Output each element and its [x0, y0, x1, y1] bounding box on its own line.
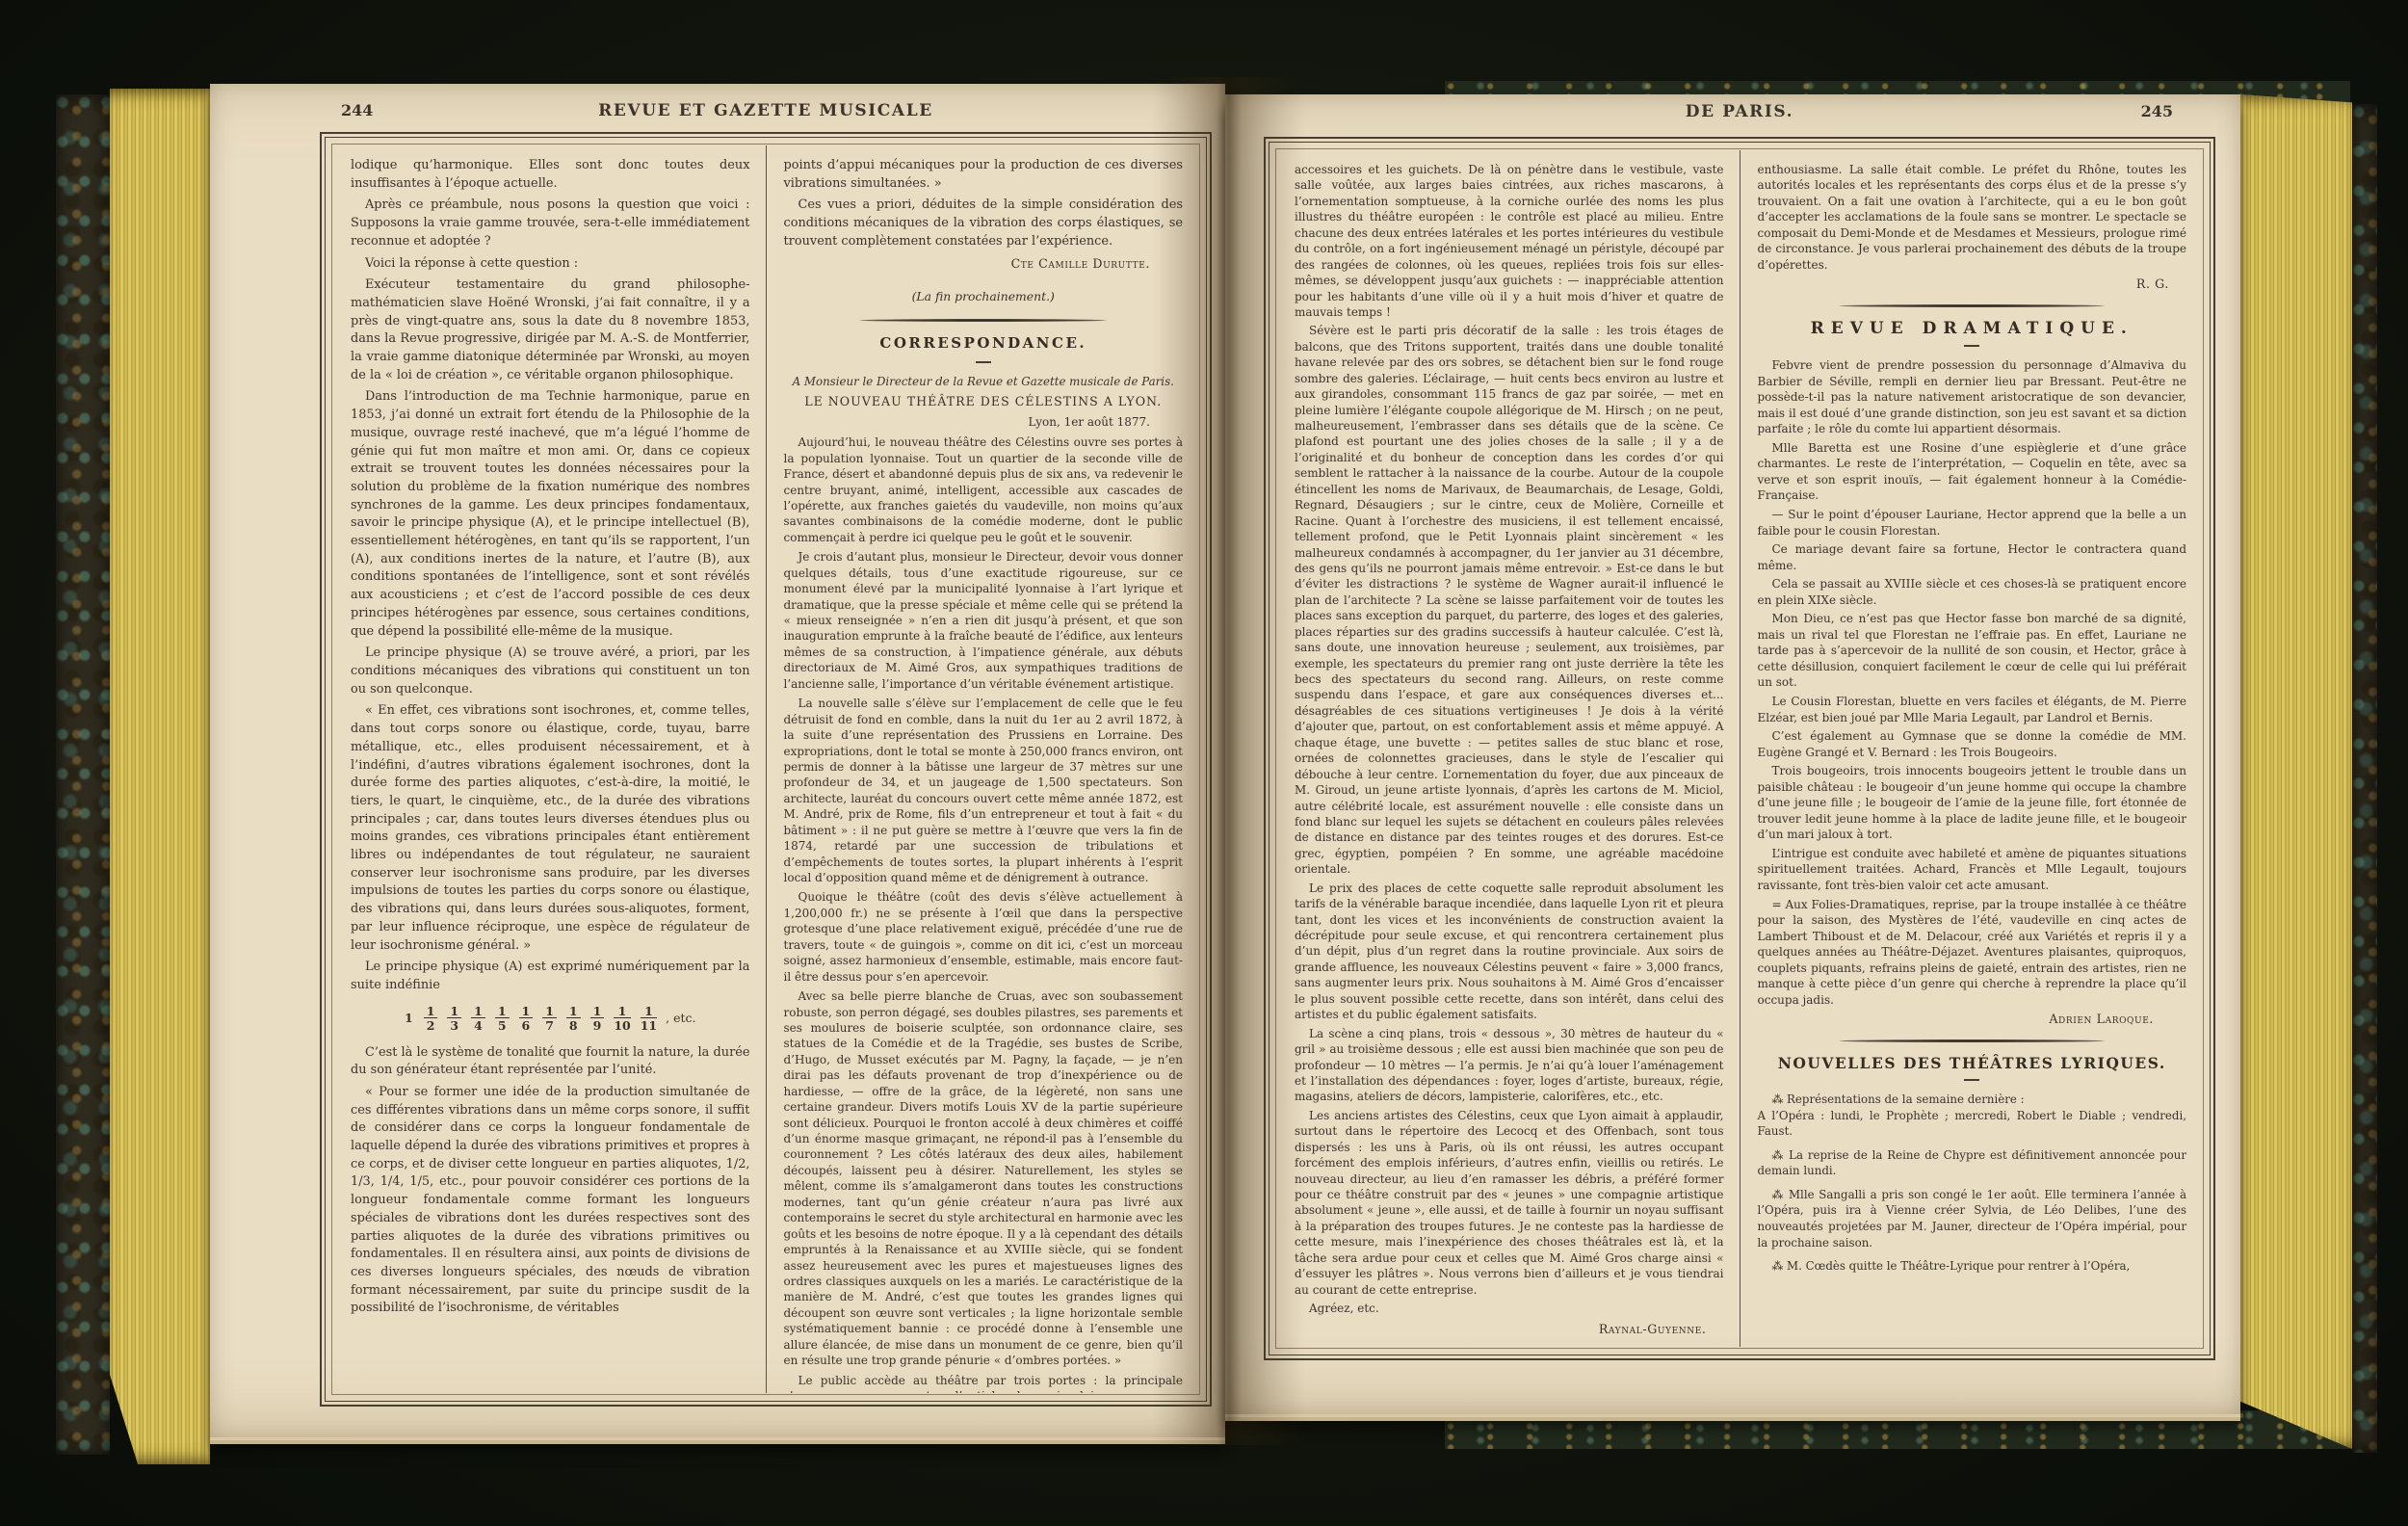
left-page: 244 REVUE ET GAZETTE MUSICALE lodique qu… [210, 84, 1225, 1437]
fraction: 18 [566, 1005, 581, 1033]
left-page-header: 244 REVUE ET GAZETTE MUSICALE [320, 101, 1212, 126]
paragraph: Cela se passait au XVIIIe siècle et ces … [1758, 576, 2187, 608]
heading-dash [976, 361, 991, 363]
fin-note: (La fin prochainement.) [784, 288, 1184, 305]
paragraph: C’est également au Gymnase que se donne … [1758, 728, 2187, 760]
series-leading-term: 1 [405, 1010, 413, 1027]
left-page-frame: lodique qu’harmonique. Elles sont donc t… [320, 132, 1212, 1407]
paragraph: Avec sa belle pierre blanche de Cruas, a… [784, 988, 1184, 1369]
paragraph: Le principe physique (A) se trouve avéré… [351, 645, 750, 698]
paragraph: Ces vues a priori, déduites de la simple… [784, 197, 1184, 250]
article-durutte-part1: lodique qu’harmonique. Elles sont donc t… [351, 157, 750, 995]
paragraph: ⁂ M. Cœdès quitte le Théâtre-Lyrique pou… [1758, 1258, 2187, 1275]
paragraph: Je crois d’autant plus, monsieur le Dire… [784, 549, 1184, 692]
fraction: 19 [590, 1005, 605, 1033]
paragraph: Aujourd’hui, le nouveau théâtre des Céle… [784, 434, 1184, 545]
right-column-1: accessoires et les guichets. De là on pé… [1277, 150, 1740, 1347]
heading-dash [1964, 345, 1979, 347]
fraction: 16 [519, 1005, 534, 1033]
paragraph: — Sur le point d’épouser Lauriane, Hecto… [1758, 507, 2187, 539]
right-page: DE PARIS. 245 accessoires et les guichet… [1225, 94, 2240, 1414]
paragraph: Dans l’introduction de ma Technie harmon… [351, 388, 750, 641]
paragraph: ⁂ Représentations de la semaine dernière… [1758, 1092, 2187, 1140]
left-cover-edge [56, 94, 110, 1455]
paragraph: Exécuteur testamentaire du grand philoso… [351, 276, 750, 384]
signature-rg: R. G. [1758, 276, 2187, 291]
right-column-2: enthousiasme. La salle était comble. Le … [1740, 150, 2203, 1347]
paragraph: ⁂ Mlle Sangalli a pris son congé le 1er … [1758, 1187, 2187, 1250]
signature-laroque: Adrien Laroque. [1758, 1012, 2187, 1026]
board-edge-bottom-right [1445, 1410, 2350, 1449]
right-page-header: DE PARIS. 245 [1264, 102, 2215, 127]
running-title-right: DE PARIS. [1264, 102, 2215, 121]
right-page-frame-inner: accessoires et les guichets. De là on pé… [1275, 148, 2204, 1349]
paragraph: Le prix des places de cette coquette sal… [1295, 881, 1724, 1023]
paragraph: = Aux Folies-Dramatiques, reprise, par l… [1758, 897, 2187, 1009]
letter-subtitle: LE NOUVEAU THÉÂTRE DES CÉLESTINS A LYON. [784, 393, 1184, 410]
fraction: 12 [424, 1005, 438, 1033]
left-page-edges [110, 89, 210, 1464]
signature-raynal-guyenne: Raynal-Guyenne. [1295, 1321, 1724, 1337]
fraction: 17 [542, 1005, 557, 1033]
fraction-series: 11213141516171819110111, etc. [351, 1005, 750, 1033]
paragraph: C’est là le système de tonalité que four… [351, 1044, 750, 1080]
paragraph: « Pour se former une idée de la producti… [351, 1084, 750, 1318]
letter-closing: Agréez, etc. [1295, 1301, 1724, 1316]
left-column-2: points d’appui mécaniques pour la produc… [766, 145, 1199, 1393]
paragraph: lodique qu’harmonique. Elles sont donc t… [351, 157, 750, 193]
running-title-left: REVUE ET GAZETTE MUSICALE [320, 101, 1212, 120]
paragraph: La nouvelle salle s’élève sur l’emplacem… [784, 696, 1184, 885]
paragraph: « En effet, ces vibrations sont isochron… [351, 702, 750, 955]
paragraph: La scène a cinq plans, trois « dessous »… [1295, 1026, 1724, 1105]
nouvelles-items: ⁂ Représentations de la semaine dernière… [1758, 1092, 2187, 1274]
right-page-edges [2240, 94, 2352, 1449]
fraction: 15 [495, 1005, 510, 1033]
paragraph: points d’appui mécaniques pour la produc… [784, 157, 1184, 193]
paragraph: Les anciens artistes des Célestins, ceux… [1295, 1108, 1724, 1298]
page-number-left: 244 [341, 101, 373, 119]
fraction: 110 [614, 1005, 630, 1033]
paragraph: accessoires et les guichets. De là on pé… [1295, 162, 1724, 320]
letter-body: Aujourd’hui, le nouveau théâtre des Céle… [784, 434, 1184, 1393]
paragraph: Mlle Baretta est une Rosine d’une espièg… [1758, 440, 2187, 504]
fraction: 14 [471, 1005, 485, 1033]
series-fractions: 1213141516171819110111 [419, 1011, 662, 1025]
signature-durutte: Cte Camille Durutte. [784, 255, 1184, 273]
section-divider [1839, 304, 2105, 307]
paragraph: ⁂ La reprise de la Reine de Chypre est d… [1758, 1147, 2187, 1179]
fraction: 13 [447, 1005, 461, 1033]
article-durutte-end: points d’appui mécaniques pour la produc… [784, 157, 1184, 251]
left-column-1: lodique qu’harmonique. Elles sont donc t… [333, 145, 766, 1393]
heading-dash [1964, 1079, 1979, 1081]
series-suffix: , etc. [666, 1010, 695, 1027]
paragraph: Sévère est le parti pris décoratif de la… [1295, 323, 1724, 877]
paragraph: Le principe physique (A) est exprimé num… [351, 959, 750, 994]
paragraph: enthousiasme. La salle était comble. Le … [1758, 162, 2187, 273]
letter-dateline: Lyon, 1er août 1877. [784, 414, 1184, 431]
paragraph: Voici la réponse à cette question : [351, 255, 750, 274]
paragraph: Quoique le théâtre (coût des devis s’élè… [784, 889, 1184, 985]
left-page-frame-inner: lodique qu’harmonique. Elles sont donc t… [331, 144, 1200, 1395]
paragraph: Le public accède au théâtre par trois po… [784, 1373, 1184, 1393]
paragraph: Mon Dieu, ce n’est pas que Hector fasse … [1758, 611, 2187, 691]
right-page-frame: accessoires et les guichets. De là on pé… [1264, 137, 2215, 1360]
revue-dramatique-heading: REVUE DRAMATIQUE. [1758, 319, 2187, 338]
right-cover-edge [2352, 104, 2377, 1453]
paragraph: Le Cousin Florestan, bluette en vers fac… [1758, 694, 2187, 725]
nouvelles-heading: NOUVELLES DES THÉÂTRES LYRIQUES. [1758, 1054, 2187, 1072]
fraction: 111 [641, 1005, 657, 1033]
letter-continuation: accessoires et les guichets. De là on pé… [1295, 162, 1724, 1298]
section-divider [859, 319, 1107, 322]
paragraph: L’intrigue est conduite avec habileté et… [1758, 846, 2187, 894]
revue-dramatique-body: Febvre vient de prendre possession du pe… [1758, 357, 2187, 1008]
inauguration-continuation: enthousiasme. La salle était comble. Le … [1758, 162, 2187, 273]
letter-salutation: A Monsieur le Directeur de la Revue et G… [784, 374, 1184, 390]
page-number-right: 245 [2141, 102, 2173, 120]
correspondance-heading: CORRESPONDANCE. [784, 333, 1184, 355]
section-divider [1839, 1039, 2105, 1042]
paragraph: Febvre vient de prendre possession du pe… [1758, 357, 2187, 437]
paragraph: Après ce préambule, nous posons la quest… [351, 197, 750, 250]
article-durutte-part2: C’est là le système de tonalité que four… [351, 1044, 750, 1319]
paragraph: Trois bougeoirs, trois innocents bougeoi… [1758, 763, 2187, 843]
paragraph: Ce mariage devant faire sa fortune, Hect… [1758, 541, 2187, 573]
